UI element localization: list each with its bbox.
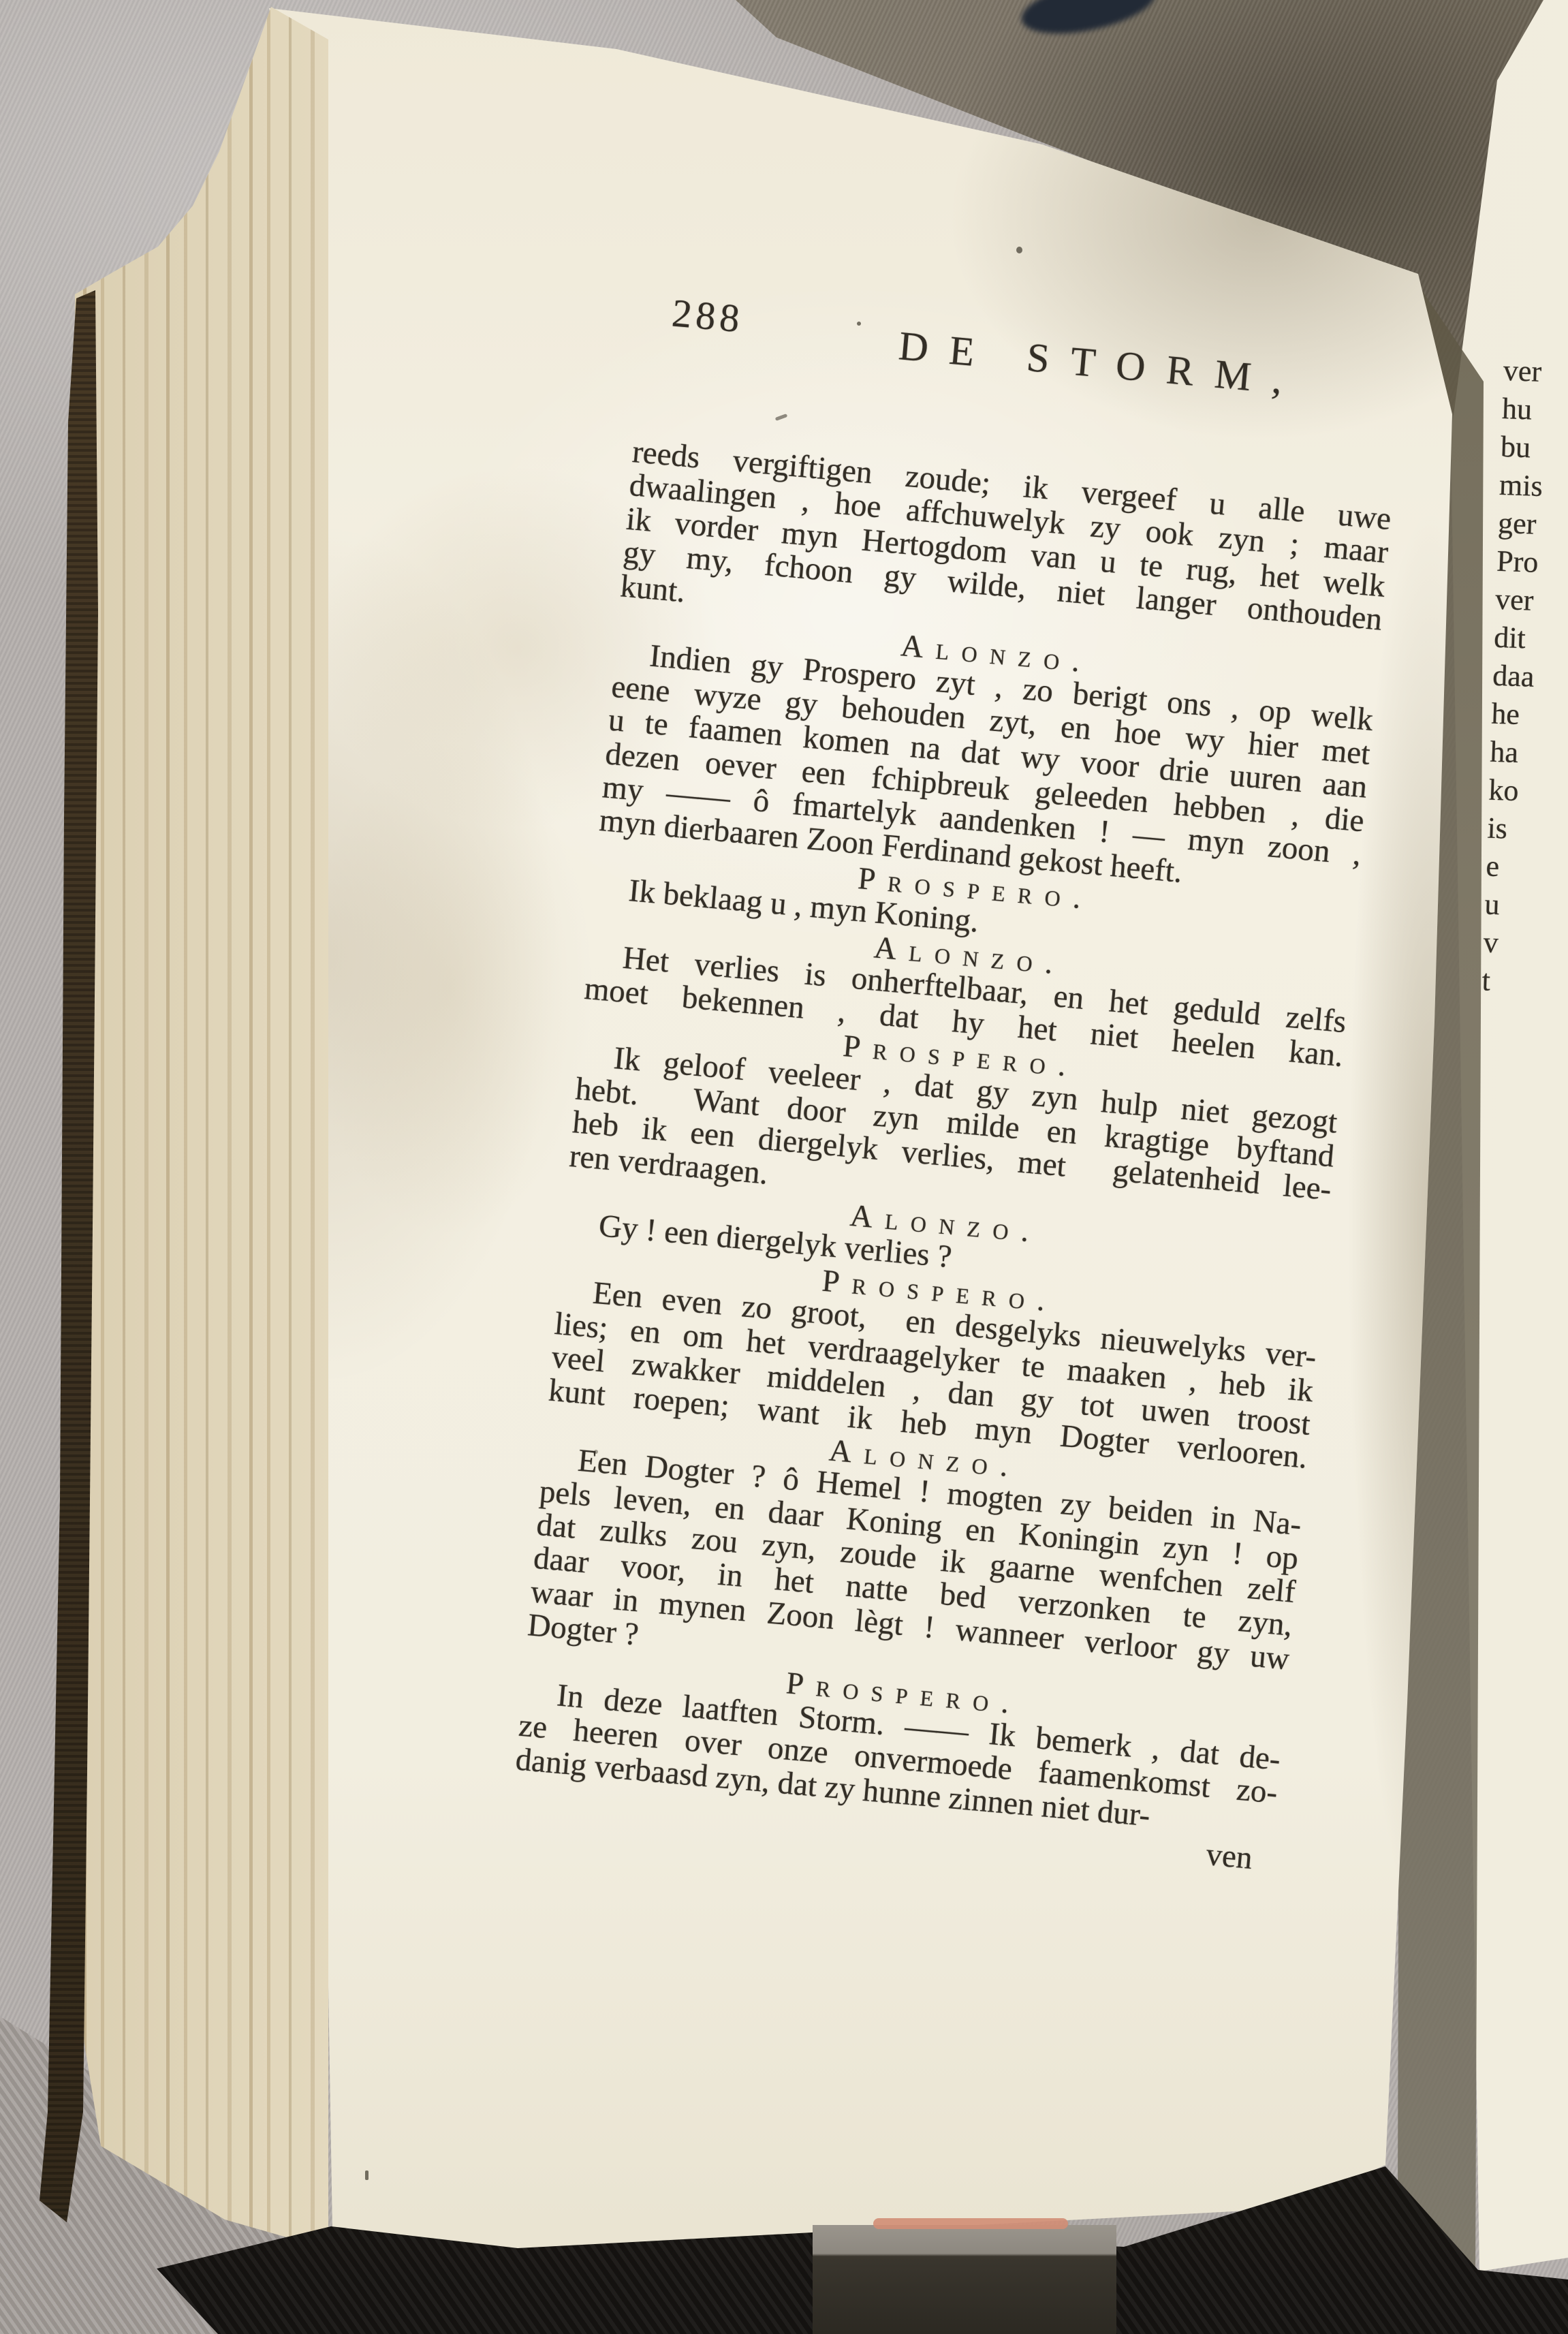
fragment-line: he bbox=[1490, 695, 1556, 735]
body-text: reeds vergiftigen zoude; ik vergeef u al… bbox=[512, 435, 1393, 1878]
paper-speck bbox=[1016, 247, 1022, 253]
paper-speck bbox=[365, 2170, 369, 2180]
fragment-line: e bbox=[1486, 847, 1551, 888]
photo-patch-rectangle bbox=[813, 2225, 1116, 2334]
fragment-line: ger bbox=[1497, 504, 1563, 544]
photo-patch-pink-sliver bbox=[873, 2218, 1068, 2229]
fragment-line: ver bbox=[1503, 352, 1568, 392]
fragment-line: t bbox=[1481, 961, 1547, 1001]
fragment-line: ver bbox=[1494, 580, 1560, 621]
fragment-line: bu bbox=[1500, 428, 1565, 468]
fragment-line: v bbox=[1483, 923, 1548, 963]
fragment-line: Pro bbox=[1496, 542, 1561, 582]
fragment-line: dit bbox=[1493, 619, 1558, 659]
fragment-line: daa bbox=[1492, 657, 1557, 697]
fragment-line: u bbox=[1484, 886, 1550, 926]
fragment-line: is bbox=[1487, 809, 1552, 850]
fragment-line: ha bbox=[1490, 733, 1555, 773]
book-photograph: 288 DE STORM, reeds vergiftigen zoude; i… bbox=[0, 0, 1568, 2334]
fragment-line: mis bbox=[1499, 466, 1564, 506]
page-number: 288 bbox=[670, 290, 746, 341]
fragment-line: hu bbox=[1501, 390, 1567, 430]
fragment-line: ko bbox=[1488, 771, 1554, 811]
printed-text-block: 288 DE STORM, reeds vergiftigen zoude; i… bbox=[512, 273, 1407, 1878]
